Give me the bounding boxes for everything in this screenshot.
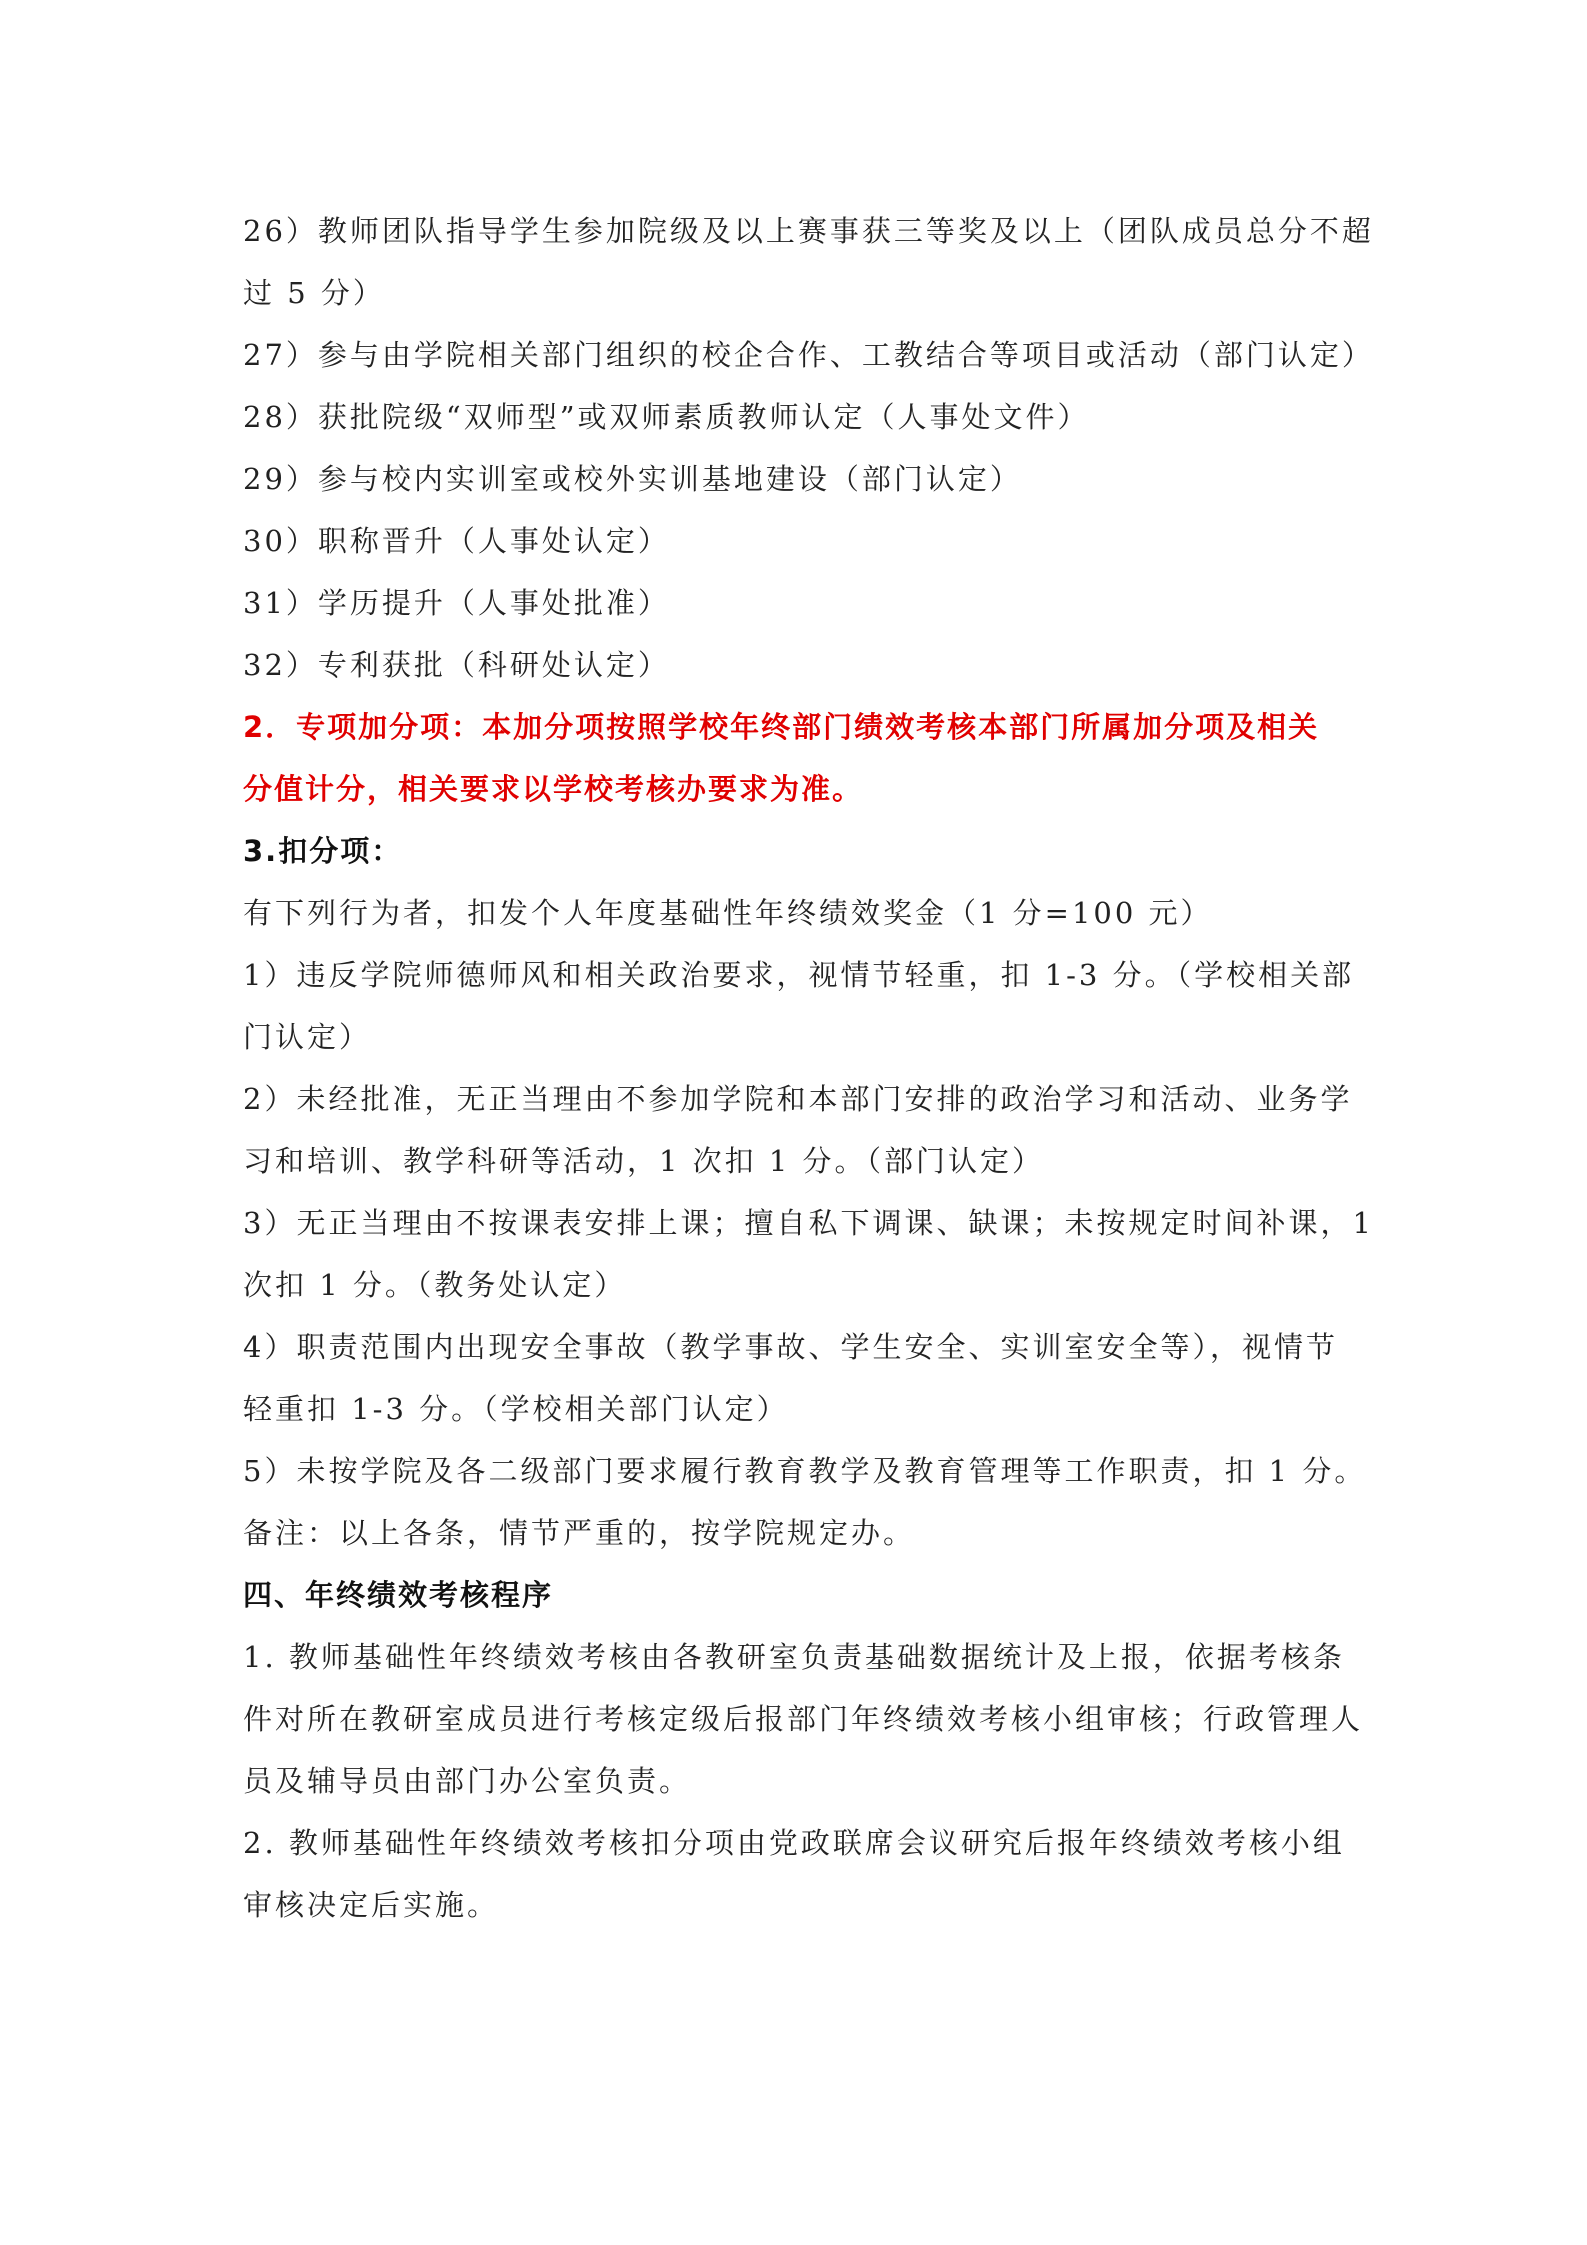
deduction-item-4-line1: 4）职责范围内出现安全事故（教学事故、学生安全、实训室安全等），视情节 — [243, 1316, 1358, 1378]
special-bonus-heading-line2: 分值计分，相关要求以学校考核办要求为准。 — [243, 758, 1358, 820]
procedure-2-line2: 审核决定后实施。 — [243, 1874, 1358, 1936]
list-item-29: 29）参与校内实训室或校外实训基地建设（部门认定） — [243, 448, 1358, 510]
procedure-1-line3: 员及辅导员由部门办公室负责。 — [243, 1750, 1358, 1812]
document-page: 26）教师团队指导学生参加院级及以上赛事获三等奖及以上（团队成员总分不超 过 5… — [243, 200, 1358, 1936]
deduction-item-4-line2: 轻重扣 1-3 分。（学校相关部门认定） — [243, 1378, 1358, 1440]
deduction-item-3-line1: 3）无正当理由不按课表安排上课；擅自私下调课、缺课；未按规定时间补课，1 — [243, 1192, 1358, 1254]
section-4-heading: 四、年终绩效考核程序 — [243, 1564, 1358, 1626]
deduction-item-2-line2: 习和培训、教学科研等活动，1 次扣 1 分。（部门认定） — [243, 1130, 1358, 1192]
list-item-30: 30）职称晋升（人事处认定） — [243, 510, 1358, 572]
deduction-item-2-line1: 2）未经批准，无正当理由不参加学院和本部门安排的政治学习和活动、业务学 — [243, 1068, 1358, 1130]
list-item-26-line1: 26）教师团队指导学生参加院级及以上赛事获三等奖及以上（团队成员总分不超 — [243, 200, 1358, 262]
deduction-item-3-line2: 次扣 1 分。（教务处认定） — [243, 1254, 1358, 1316]
procedure-1-line1: 1. 教师基础性年终绩效考核由各教研室负责基础数据统计及上报，依据考核条 — [243, 1626, 1358, 1688]
special-bonus-heading-line1: 2．专项加分项：本加分项按照学校年终部门绩效考核本部门所属加分项及相关 — [243, 696, 1358, 758]
deduction-intro: 有下列行为者，扣发个人年度基础性年终绩效奖金（1 分=100 元） — [243, 882, 1358, 944]
procedure-1-line2: 件对所在教研室成员进行考核定级后报部门年终绩效考核小组审核；行政管理人 — [243, 1688, 1358, 1750]
list-item-27: 27）参与由学院相关部门组织的校企合作、工教结合等项目或活动（部门认定） — [243, 324, 1358, 386]
list-item-28: 28）获批院级“双师型”或双师素质教师认定（人事处文件） — [243, 386, 1358, 448]
deduction-item-5: 5）未按学院及各二级部门要求履行教育教学及教育管理等工作职责，扣 1 分。 — [243, 1440, 1358, 1502]
list-item-32: 32）专利获批（科研处认定） — [243, 634, 1358, 696]
deduction-item-1-line2: 门认定） — [243, 1006, 1358, 1068]
deduction-section-heading: 3.扣分项： — [243, 820, 1358, 882]
list-item-31: 31）学历提升（人事处批准） — [243, 572, 1358, 634]
remark-note: 备注：以上各条，情节严重的，按学院规定办。 — [243, 1502, 1358, 1564]
list-item-26-line2: 过 5 分） — [243, 262, 1358, 324]
procedure-2-line1: 2. 教师基础性年终绩效考核扣分项由党政联席会议研究后报年终绩效考核小组 — [243, 1812, 1358, 1874]
deduction-item-1-line1: 1）违反学院师德师风和相关政治要求，视情节轻重，扣 1-3 分。（学校相关部 — [243, 944, 1358, 1006]
